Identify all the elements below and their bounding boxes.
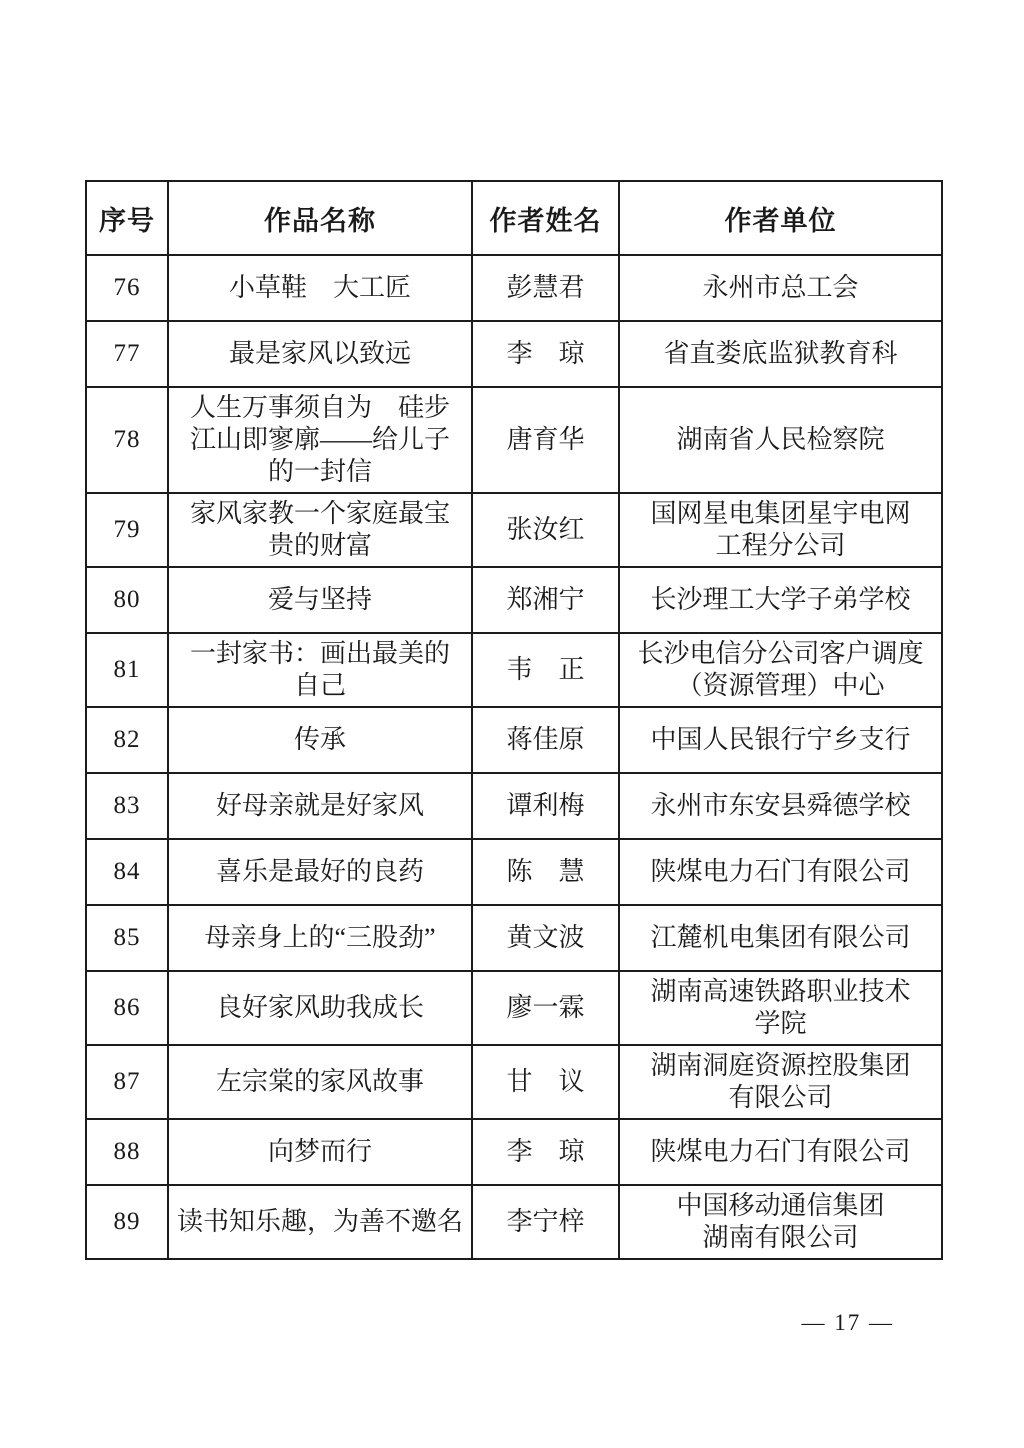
table-row: 83 好母亲就是好家风 谭利梅 永州市东安县舜德学校 (86, 773, 942, 839)
col-header-title: 作品名称 (168, 181, 472, 255)
cell-author: 李 琼 (472, 321, 619, 387)
cell-author: 张汝红 (472, 493, 619, 567)
cell-author: 彭慧君 (472, 255, 619, 321)
cell-no: 86 (86, 971, 168, 1045)
cell-unit: 长沙理工大学子弟学校 (619, 567, 942, 633)
cell-author: 蒋佳原 (472, 707, 619, 773)
cell-title: 良好家风助我成长 (168, 971, 472, 1045)
table-row: 86 良好家风助我成长 廖一霖 湖南高速铁路职业技术 学院 (86, 971, 942, 1045)
table-row: 84 喜乐是最好的良药 陈 慧 陕煤电力石门有限公司 (86, 839, 942, 905)
cell-author: 甘 议 (472, 1045, 619, 1119)
cell-no: 81 (86, 633, 168, 707)
cell-title: 传承 (168, 707, 472, 773)
table-row: 77 最是家风以致远 李 琼 省直娄底监狱教育科 (86, 321, 942, 387)
cell-title: 一封家书：画出最美的 自己 (168, 633, 472, 707)
cell-unit: 陕煤电力石门有限公司 (619, 1119, 942, 1185)
cell-no: 76 (86, 255, 168, 321)
cell-author: 廖一霖 (472, 971, 619, 1045)
cell-unit: 陕煤电力石门有限公司 (619, 839, 942, 905)
cell-title: 爱与坚持 (168, 567, 472, 633)
cell-title: 母亲身上的“三股劲” (168, 905, 472, 971)
header-row: 序号 作品名称 作者姓名 作者单位 (86, 181, 942, 255)
cell-author: 李宁梓 (472, 1185, 619, 1259)
cell-no: 83 (86, 773, 168, 839)
cell-title: 好母亲就是好家风 (168, 773, 472, 839)
cell-unit: 中国人民银行宁乡支行 (619, 707, 942, 773)
awards-table-container: 序号 作品名称 作者姓名 作者单位 76 小草鞋 大工匠 彭慧君 永州市总工会 … (85, 180, 943, 1260)
col-header-no: 序号 (86, 181, 168, 255)
cell-title: 读书知乐趣，为善不邀名 (168, 1185, 472, 1259)
cell-no: 80 (86, 567, 168, 633)
col-header-unit: 作者单位 (619, 181, 942, 255)
document-page: 序号 作品名称 作者姓名 作者单位 76 小草鞋 大工匠 彭慧君 永州市总工会 … (0, 0, 1024, 1448)
cell-unit: 永州市总工会 (619, 255, 942, 321)
cell-unit: 永州市东安县舜德学校 (619, 773, 942, 839)
table-row: 76 小草鞋 大工匠 彭慧君 永州市总工会 (86, 255, 942, 321)
cell-no: 79 (86, 493, 168, 567)
cell-no: 82 (86, 707, 168, 773)
cell-unit: 湖南高速铁路职业技术 学院 (619, 971, 942, 1045)
cell-unit: 湖南省人民检察院 (619, 387, 942, 493)
cell-no: 77 (86, 321, 168, 387)
cell-no: 85 (86, 905, 168, 971)
cell-author: 黄文波 (472, 905, 619, 971)
cell-unit: 省直娄底监狱教育科 (619, 321, 942, 387)
cell-no: 87 (86, 1045, 168, 1119)
table-row: 80 爱与坚持 郑湘宁 长沙理工大学子弟学校 (86, 567, 942, 633)
table-row: 89 读书知乐趣，为善不邀名 李宁梓 中国移动通信集团 湖南有限公司 (86, 1185, 942, 1259)
cell-unit: 长沙电信分公司客户调度 （资源管理）中心 (619, 633, 942, 707)
cell-author: 谭利梅 (472, 773, 619, 839)
cell-unit: 江麓机电集团有限公司 (619, 905, 942, 971)
cell-no: 78 (86, 387, 168, 493)
table-row: 85 母亲身上的“三股劲” 黄文波 江麓机电集团有限公司 (86, 905, 942, 971)
cell-author: 李 琼 (472, 1119, 619, 1185)
table-row: 88 向梦而行 李 琼 陕煤电力石门有限公司 (86, 1119, 942, 1185)
cell-author: 唐育华 (472, 387, 619, 493)
cell-title: 人生万事须自为 硅步 江山即寥廓——给儿子 的一封信 (168, 387, 472, 493)
awards-table: 序号 作品名称 作者姓名 作者单位 76 小草鞋 大工匠 彭慧君 永州市总工会 … (85, 180, 943, 1260)
table-row: 79 家风家教一个家庭最宝 贵的财富 张汝红 国网星电集团星宇电网 工程分公司 (86, 493, 942, 567)
table-row: 82 传承 蒋佳原 中国人民银行宁乡支行 (86, 707, 942, 773)
cell-no: 84 (86, 839, 168, 905)
cell-title: 向梦而行 (168, 1119, 472, 1185)
cell-no: 88 (86, 1119, 168, 1185)
cell-title: 最是家风以致远 (168, 321, 472, 387)
cell-title: 喜乐是最好的良药 (168, 839, 472, 905)
cell-author: 陈 慧 (472, 839, 619, 905)
cell-author: 郑湘宁 (472, 567, 619, 633)
cell-unit: 中国移动通信集团 湖南有限公司 (619, 1185, 942, 1259)
col-header-author: 作者姓名 (472, 181, 619, 255)
cell-author: 韦 正 (472, 633, 619, 707)
cell-title: 左宗棠的家风故事 (168, 1045, 472, 1119)
page-number: — 17 — (802, 1310, 895, 1336)
cell-unit: 国网星电集团星宇电网 工程分公司 (619, 493, 942, 567)
cell-title: 小草鞋 大工匠 (168, 255, 472, 321)
table-row: 87 左宗棠的家风故事 甘 议 湖南洞庭资源控股集团 有限公司 (86, 1045, 942, 1119)
table-row: 81 一封家书：画出最美的 自己 韦 正 长沙电信分公司客户调度 （资源管理）中… (86, 633, 942, 707)
cell-title: 家风家教一个家庭最宝 贵的财富 (168, 493, 472, 567)
cell-no: 89 (86, 1185, 168, 1259)
cell-unit: 湖南洞庭资源控股集团 有限公司 (619, 1045, 942, 1119)
table-row: 78 人生万事须自为 硅步 江山即寥廓——给儿子 的一封信 唐育华 湖南省人民检… (86, 387, 942, 493)
